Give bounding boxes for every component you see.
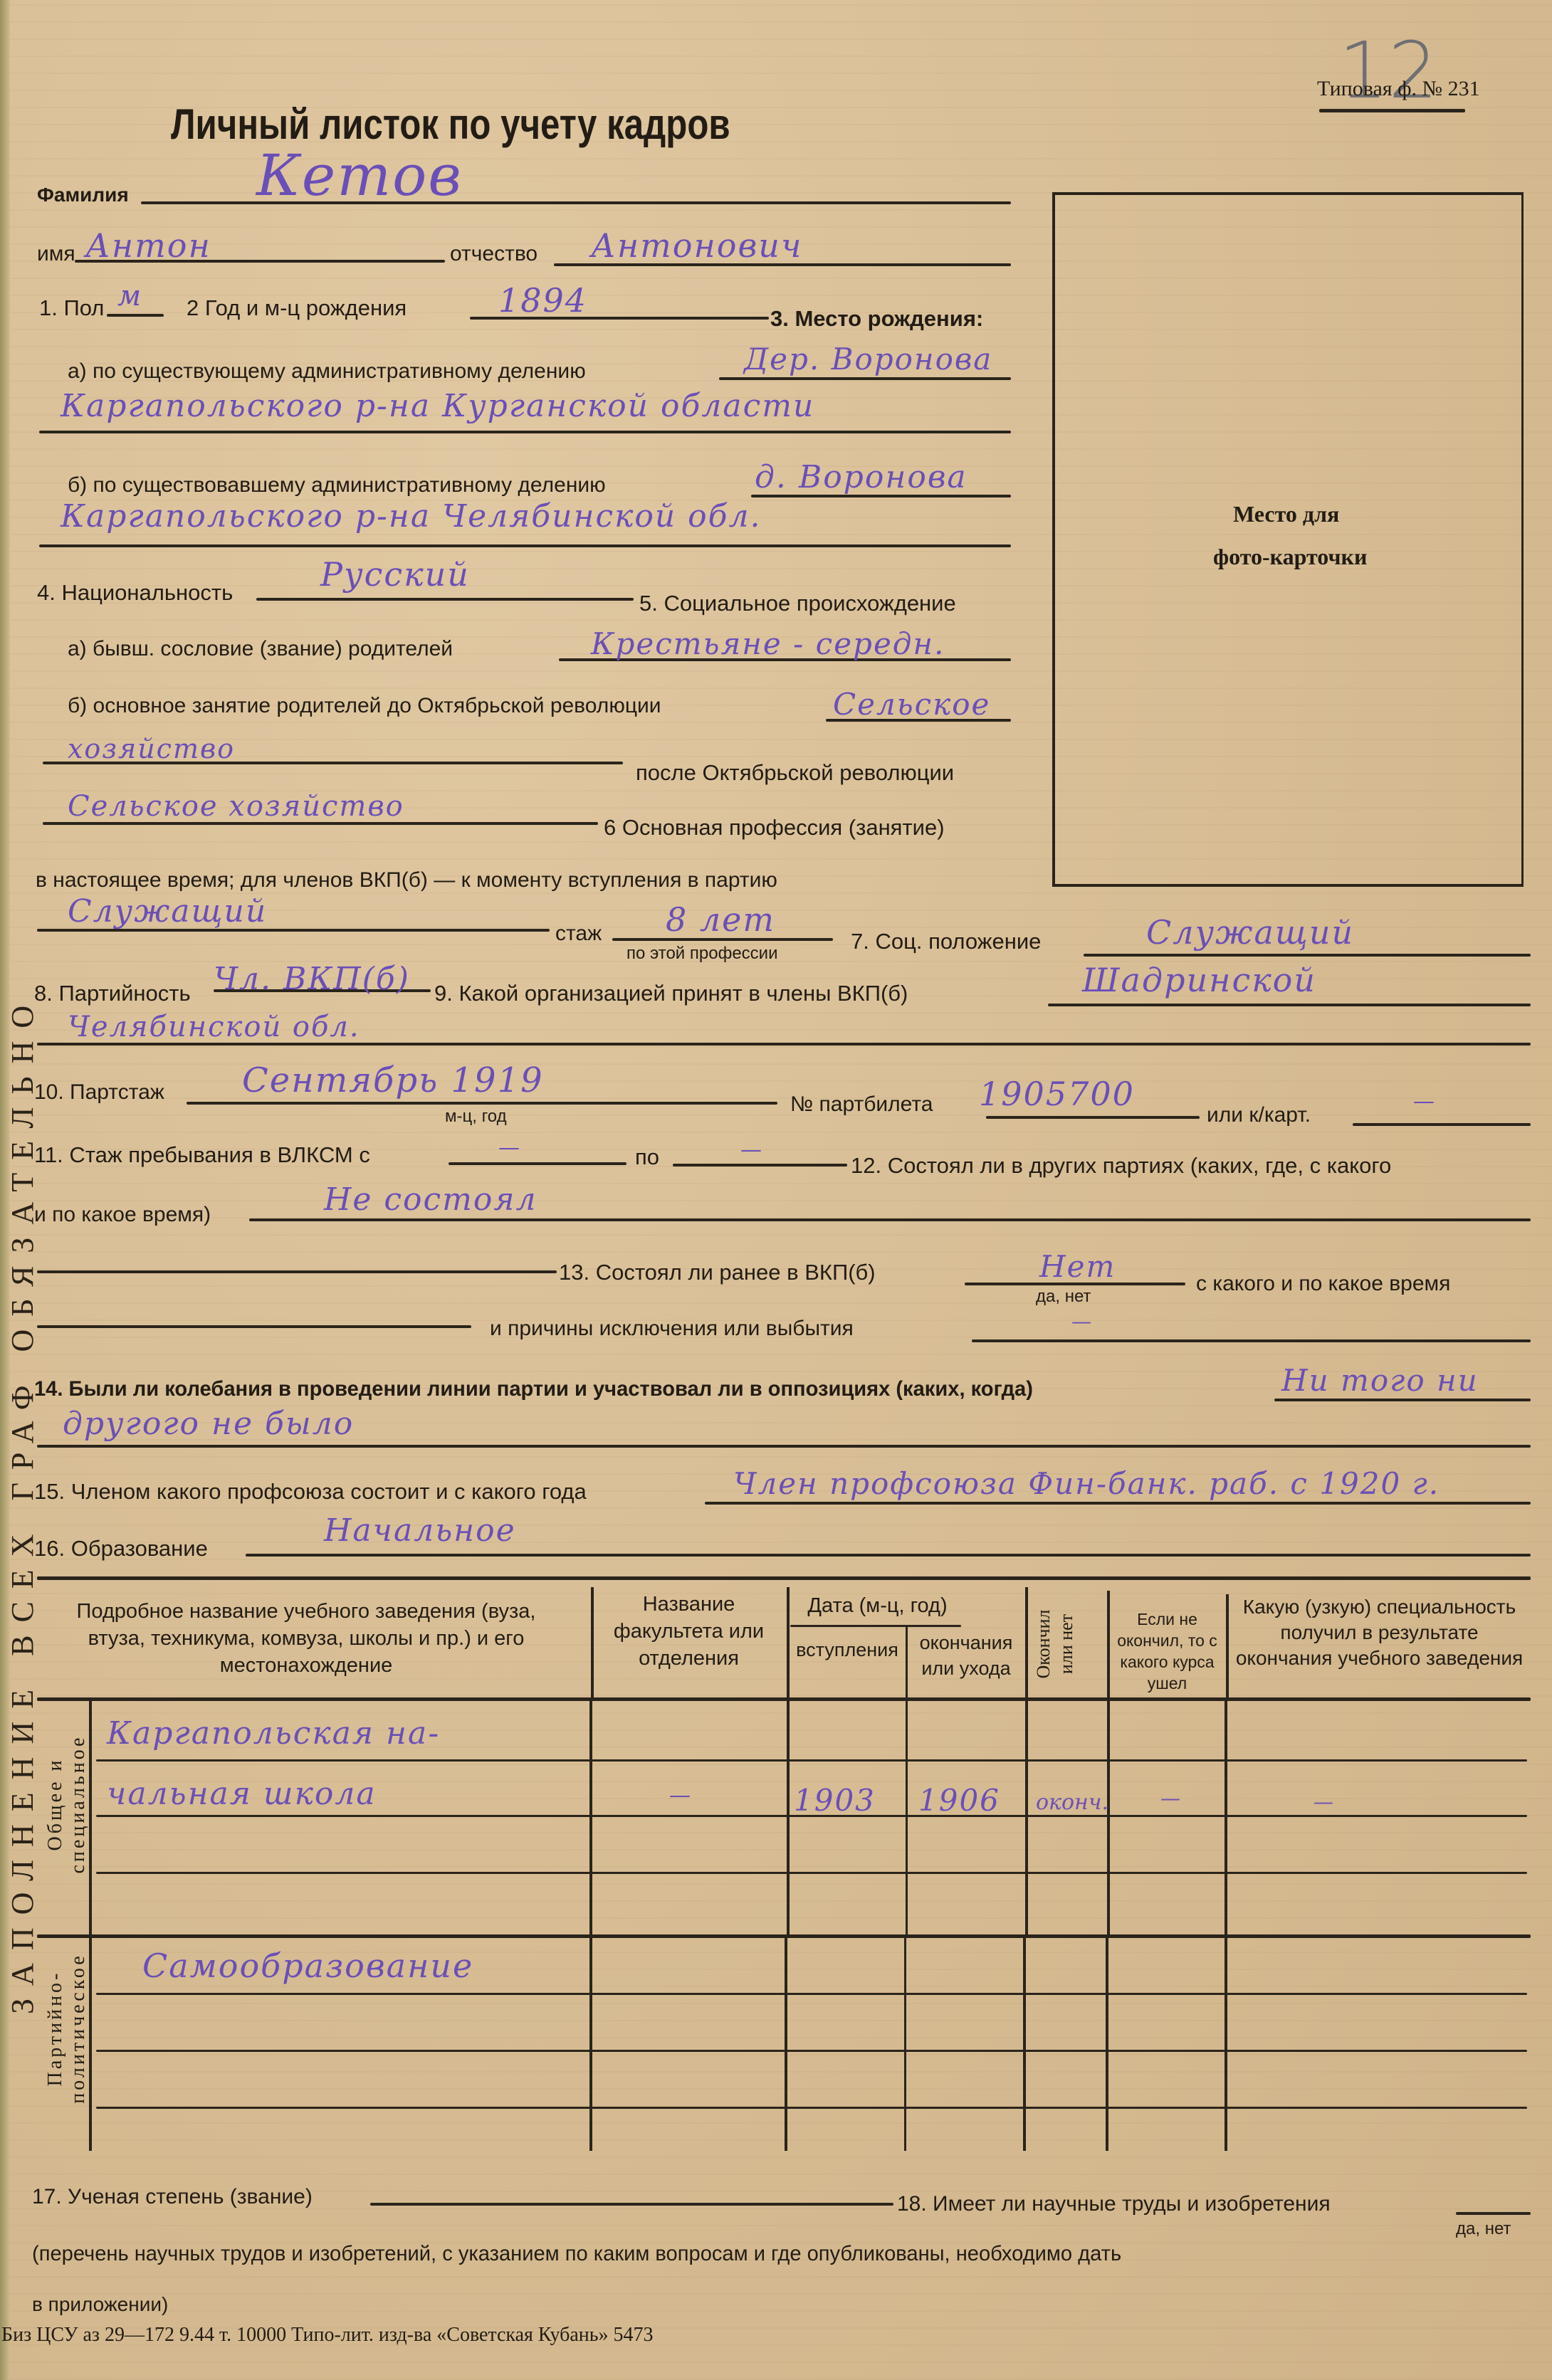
estate-label: а) бывш. сословие (звание) родителей <box>68 637 453 661</box>
opposition-value-2[interactable]: другого не было <box>63 1406 354 1442</box>
works-note: (перечень научных трудов и изобретений, … <box>32 2242 1121 2266</box>
komsomol-to-value[interactable]: — <box>740 1137 763 1162</box>
exclusion-reason-value[interactable]: — <box>1071 1310 1093 1333</box>
nationality-value[interactable]: Русский <box>320 555 470 594</box>
prior-membership-label: 13. Состоял ли ранее в ВКП(б) <box>559 1260 876 1285</box>
patronymic-label: отчество <box>450 242 538 266</box>
profession-value[interactable]: Служащий <box>68 893 267 930</box>
birthplace-label: 3. Место рождения: <box>770 306 983 332</box>
experience-sublabel: по этой профессии <box>626 944 777 964</box>
social-position-value[interactable]: Служащий <box>1146 913 1354 952</box>
party-label: 8. Партийность <box>34 981 191 1006</box>
degree-label: 17. Ученая степень (звание) <box>32 2185 313 2209</box>
birthplace-former-value-2[interactable]: Каргапольского р-на Челябинской обл. <box>61 498 762 535</box>
edu-if-not[interactable]: — <box>1160 1786 1182 1810</box>
occupation-after-value[interactable]: Сельское хозяйство <box>68 790 404 823</box>
party-tenure-value[interactable]: Сентябрь 1919 <box>242 1060 544 1100</box>
opposition-label: 14. Были ли колебания в проведении линии… <box>34 1377 1033 1401</box>
occupation-after-label: после Октябрьской революции <box>636 760 954 786</box>
section-label-general: Общее и специальное <box>44 1722 90 1886</box>
th-institution: Подробное название учебного заведения (в… <box>57 1598 555 1679</box>
alt-card-label: или к/карт. <box>1207 1103 1311 1127</box>
party-value[interactable]: Чл. ВКП(б) <box>214 961 410 997</box>
accepted-by-label: 9. Какой организацией принят в члены ВКП… <box>434 981 908 1006</box>
imprint: Биз ЦСУ аз 29—172 9.44 т. 10000 Типо-лит… <box>1 2324 654 2347</box>
th-graduated: Окончил или нет <box>1032 1594 1078 1694</box>
sex-label: 1. Пол <box>39 295 104 321</box>
card-number-label: № партбилета <box>790 1092 933 1117</box>
edu-institution-2[interactable]: чальная школа <box>107 1776 377 1812</box>
social-position-label: 7. Соц. положение <box>851 929 1041 954</box>
edu-political-institution[interactable]: Самообразование <box>142 1947 473 1985</box>
nationality-label: 4. Национальность <box>37 580 233 606</box>
education-value[interactable]: Начальное <box>324 1512 516 1549</box>
alt-card-value[interactable]: — <box>1413 1089 1436 1114</box>
sex-value[interactable]: м <box>117 280 142 312</box>
patronymic-value[interactable]: Антонович <box>591 226 802 265</box>
photo-box-label-2: фото-карточки <box>1213 544 1367 570</box>
experience-value[interactable]: 8 лет <box>666 900 775 939</box>
edu-date-end[interactable]: 1906 <box>918 1783 1000 1818</box>
works-label: 18. Имеет ли научные труды и изобретения <box>897 2192 1331 2216</box>
estate-value[interactable]: Крестьяне - середн. <box>591 626 945 661</box>
trade-union-value[interactable]: Член профсоюза Фин-банк. раб. с 1920 г. <box>733 1466 1440 1501</box>
occupation-before-value-2[interactable]: хозяйство <box>68 733 235 764</box>
page-title: Личный листок по учету кадров <box>171 100 730 149</box>
prior-membership-value[interactable]: Нет <box>1039 1249 1116 1284</box>
card-number-value[interactable]: 1905700 <box>979 1075 1135 1113</box>
opposition-value-1[interactable]: Ни того ни <box>1281 1363 1479 1398</box>
surname-value[interactable]: Кетов <box>256 142 463 209</box>
accepted-by-value-1[interactable]: Шадринской <box>1082 961 1316 999</box>
prior-period-label: с какого и по какое время <box>1196 1272 1450 1296</box>
birthplace-former-value-1[interactable]: д. Воронова <box>755 459 968 495</box>
edu-faculty[interactable]: — <box>669 1783 692 1808</box>
birth-year-label: 2 Год и м-ц рождения <box>187 295 407 321</box>
th-date-start: вступления <box>792 1637 903 1663</box>
works-note-2: в приложении) <box>32 2293 168 2316</box>
birth-year-value[interactable]: 1894 <box>498 281 587 320</box>
form-number: Типовая ф. № 231 <box>1317 77 1480 101</box>
occupation-before-value-1[interactable]: Сельское <box>833 687 990 722</box>
other-parties-value[interactable]: Не состоял <box>324 1181 538 1218</box>
birthplace-current-label: а) по существующему административному де… <box>68 359 586 384</box>
edu-specialty[interactable]: — <box>1314 1790 1335 1813</box>
th-faculty: Название факультета или отделения <box>598 1591 780 1672</box>
th-if-not: Если не окончил, то с какого курса ушел <box>1112 1608 1222 1694</box>
profession-label: 6 Основная профессия (занятие) <box>604 815 945 841</box>
occupation-before-label: б) основное занятие родителей до Октябрь… <box>68 694 661 718</box>
prior-membership-sublabel: да, нет <box>1036 1287 1091 1307</box>
surname-label: Фамилия <box>37 184 129 206</box>
sheet-number: 12 <box>1338 25 1438 116</box>
komsomol-from-value[interactable]: — <box>498 1135 521 1160</box>
komsomol-to-label: по <box>635 1144 659 1170</box>
profession-label-2: в настоящее время; для членов ВКП(б) — к… <box>36 868 777 892</box>
exclusion-reason-label: и причины исключения или выбытия <box>490 1317 854 1341</box>
other-parties-label: 12. Состоял ли в других партиях (каких, … <box>851 1153 1391 1179</box>
name-label: имя <box>37 242 75 266</box>
edu-date-start[interactable]: 1903 <box>794 1783 876 1818</box>
social-origin-label: 5. Социальное происхождение <box>639 591 956 616</box>
th-specialty: Какую (узкую) специальность получил в ре… <box>1232 1594 1527 1671</box>
party-tenure-label: 10. Партстаж <box>34 1080 164 1105</box>
birthplace-current-value-1[interactable]: Дер. Воронова <box>744 342 992 377</box>
education-label: 16. Образование <box>34 1536 208 1562</box>
komsomol-label: 11. Стаж пребывания в ВЛКСМ с <box>34 1142 370 1168</box>
accepted-by-value-2[interactable]: Челябинской обл. <box>68 1011 360 1043</box>
section-label-political: Партийно-политическое <box>44 1939 90 2117</box>
edu-institution-1[interactable]: Каргапольская на- <box>107 1715 440 1752</box>
birthplace-former-label: б) по существовавшему административному … <box>68 473 606 497</box>
party-tenure-sublabel: м-ц, год <box>445 1107 507 1127</box>
photo-box-label-1: Место для <box>1233 501 1339 527</box>
th-date-group: Дата (м-ц, год) <box>797 1594 958 1618</box>
photo-box: Место для фото-карточки <box>1052 192 1524 887</box>
edu-graduated[interactable]: оконч. <box>1036 1790 1108 1815</box>
trade-union-label: 15. Членом какого профсоюза состоит и с … <box>34 1479 587 1505</box>
name-value[interactable]: Антон <box>85 226 211 265</box>
experience-label: стаж <box>555 922 602 946</box>
other-parties-label-2: и по какое время) <box>34 1203 211 1227</box>
th-date-end: окончания или ухода <box>910 1630 1022 1681</box>
birthplace-current-value-2[interactable]: Каргапольского р-на Курганской области <box>61 388 814 424</box>
works-sublabel: да, нет <box>1456 2219 1511 2239</box>
